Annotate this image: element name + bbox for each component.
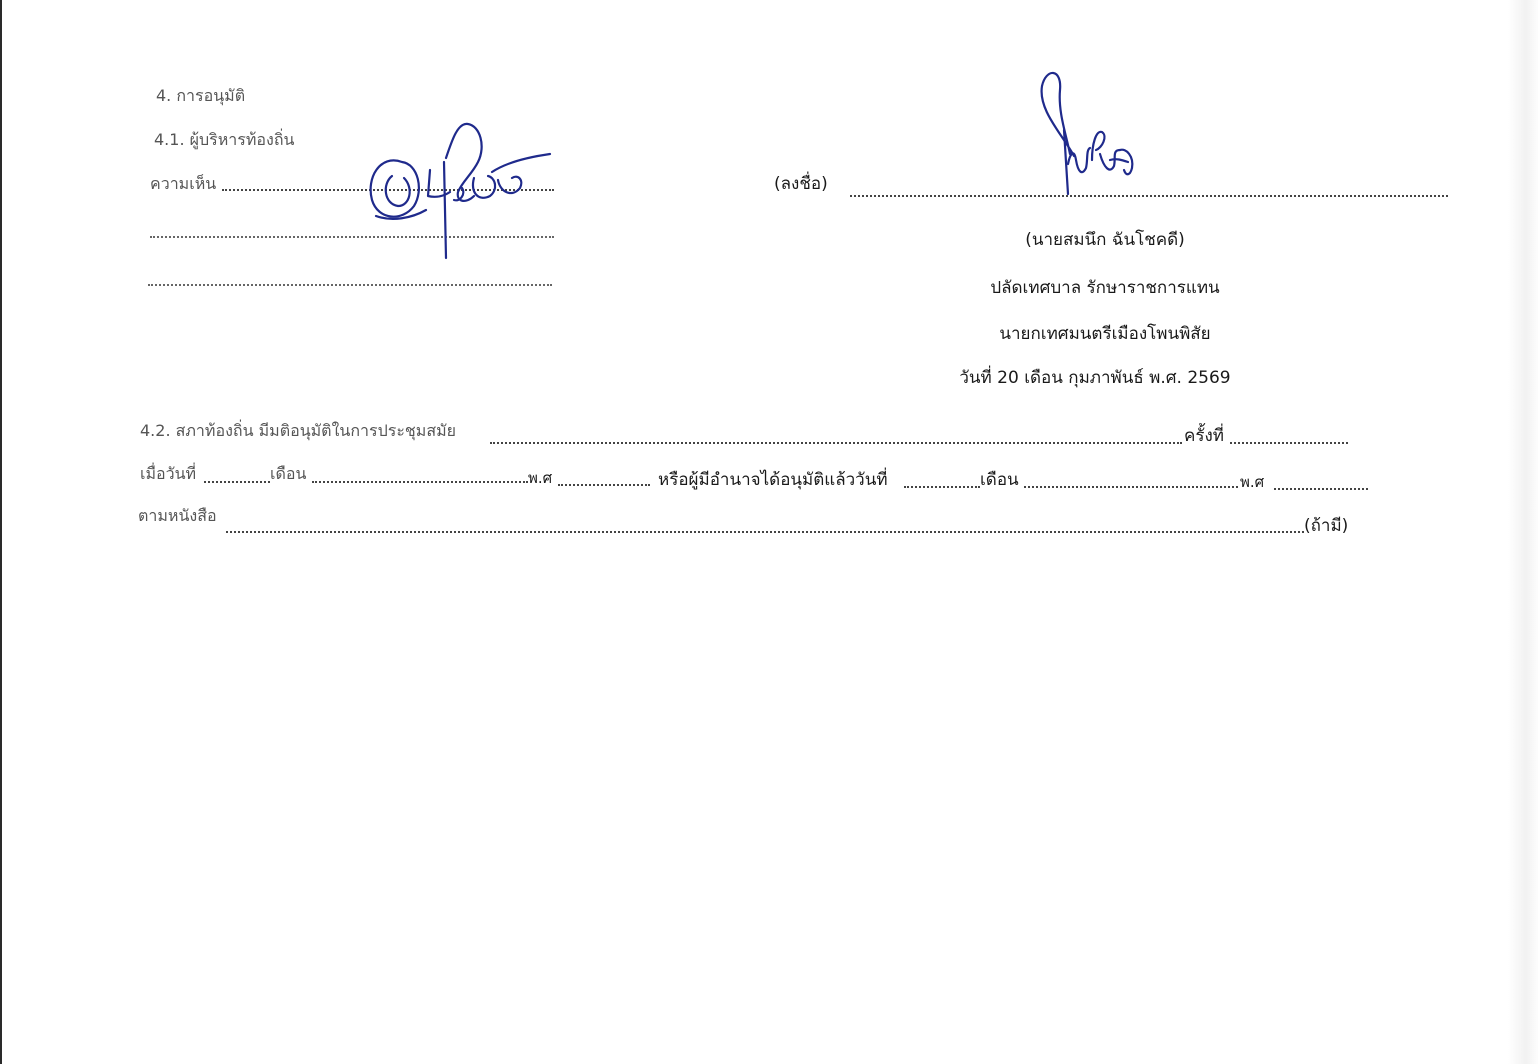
section-heading: 4. การอนุมัติ: [156, 86, 245, 106]
executive-signature: [362, 118, 562, 264]
authority-month-field: [1024, 486, 1238, 488]
year-field: [558, 484, 650, 486]
document-page: 4. การอนุมัติ 4.1. ผู้บริหารท้องถิ่น ควา…: [0, 0, 1538, 1064]
opinion-label: ความเห็น: [150, 174, 216, 194]
reference-letter-field: [226, 531, 1304, 533]
authority-approval-label: หรือผู้มีอำนาจได้อนุมัติแล้ววันที่: [658, 470, 888, 490]
sign-label: (ลงชื่อ): [774, 174, 828, 194]
round-field: [1230, 442, 1348, 444]
authority-day-field: [904, 486, 980, 488]
day-field: [204, 481, 270, 483]
subsection-4-1-heading: 4.1. ผู้บริหารท้องถิ่น: [154, 130, 294, 150]
day-label: เมื่อวันที่: [140, 464, 196, 484]
month-label: เดือน: [270, 464, 306, 484]
signatory-name: (นายสมนึก ฉันโชคดี): [1000, 230, 1210, 250]
year-label: พ.ศ: [528, 468, 552, 488]
council-approval-label: 4.2. สภาท้องถิ่น มีมติอนุมัติในการประชุม…: [140, 421, 456, 441]
signatory-position-2: นายกเทศมนตรีเมืองโพนพิสัย: [970, 324, 1240, 344]
signatory-signature: [1030, 64, 1150, 196]
signatory-date: วันที่ 20 เดือน กุมภาพันธ์ พ.ศ. 2569: [940, 368, 1250, 388]
month-field: [312, 481, 528, 483]
page-left-edge: [0, 0, 2, 1064]
signatory-position-1: ปลัดเทศบาล รักษาราชการแทน: [970, 278, 1240, 298]
optional-note: (ถ้ามี): [1304, 516, 1348, 536]
reference-letter-label: ตามหนังสือ: [138, 506, 217, 526]
authority-year-label: พ.ศ: [1240, 472, 1264, 492]
session-field: [490, 442, 1182, 444]
authority-month-label: เดือน: [980, 470, 1019, 490]
authority-year-field: [1274, 488, 1368, 490]
opinion-field-line-3: [148, 284, 552, 286]
round-label: ครั้งที่: [1184, 426, 1224, 446]
page-right-shadow: [1508, 0, 1538, 1064]
